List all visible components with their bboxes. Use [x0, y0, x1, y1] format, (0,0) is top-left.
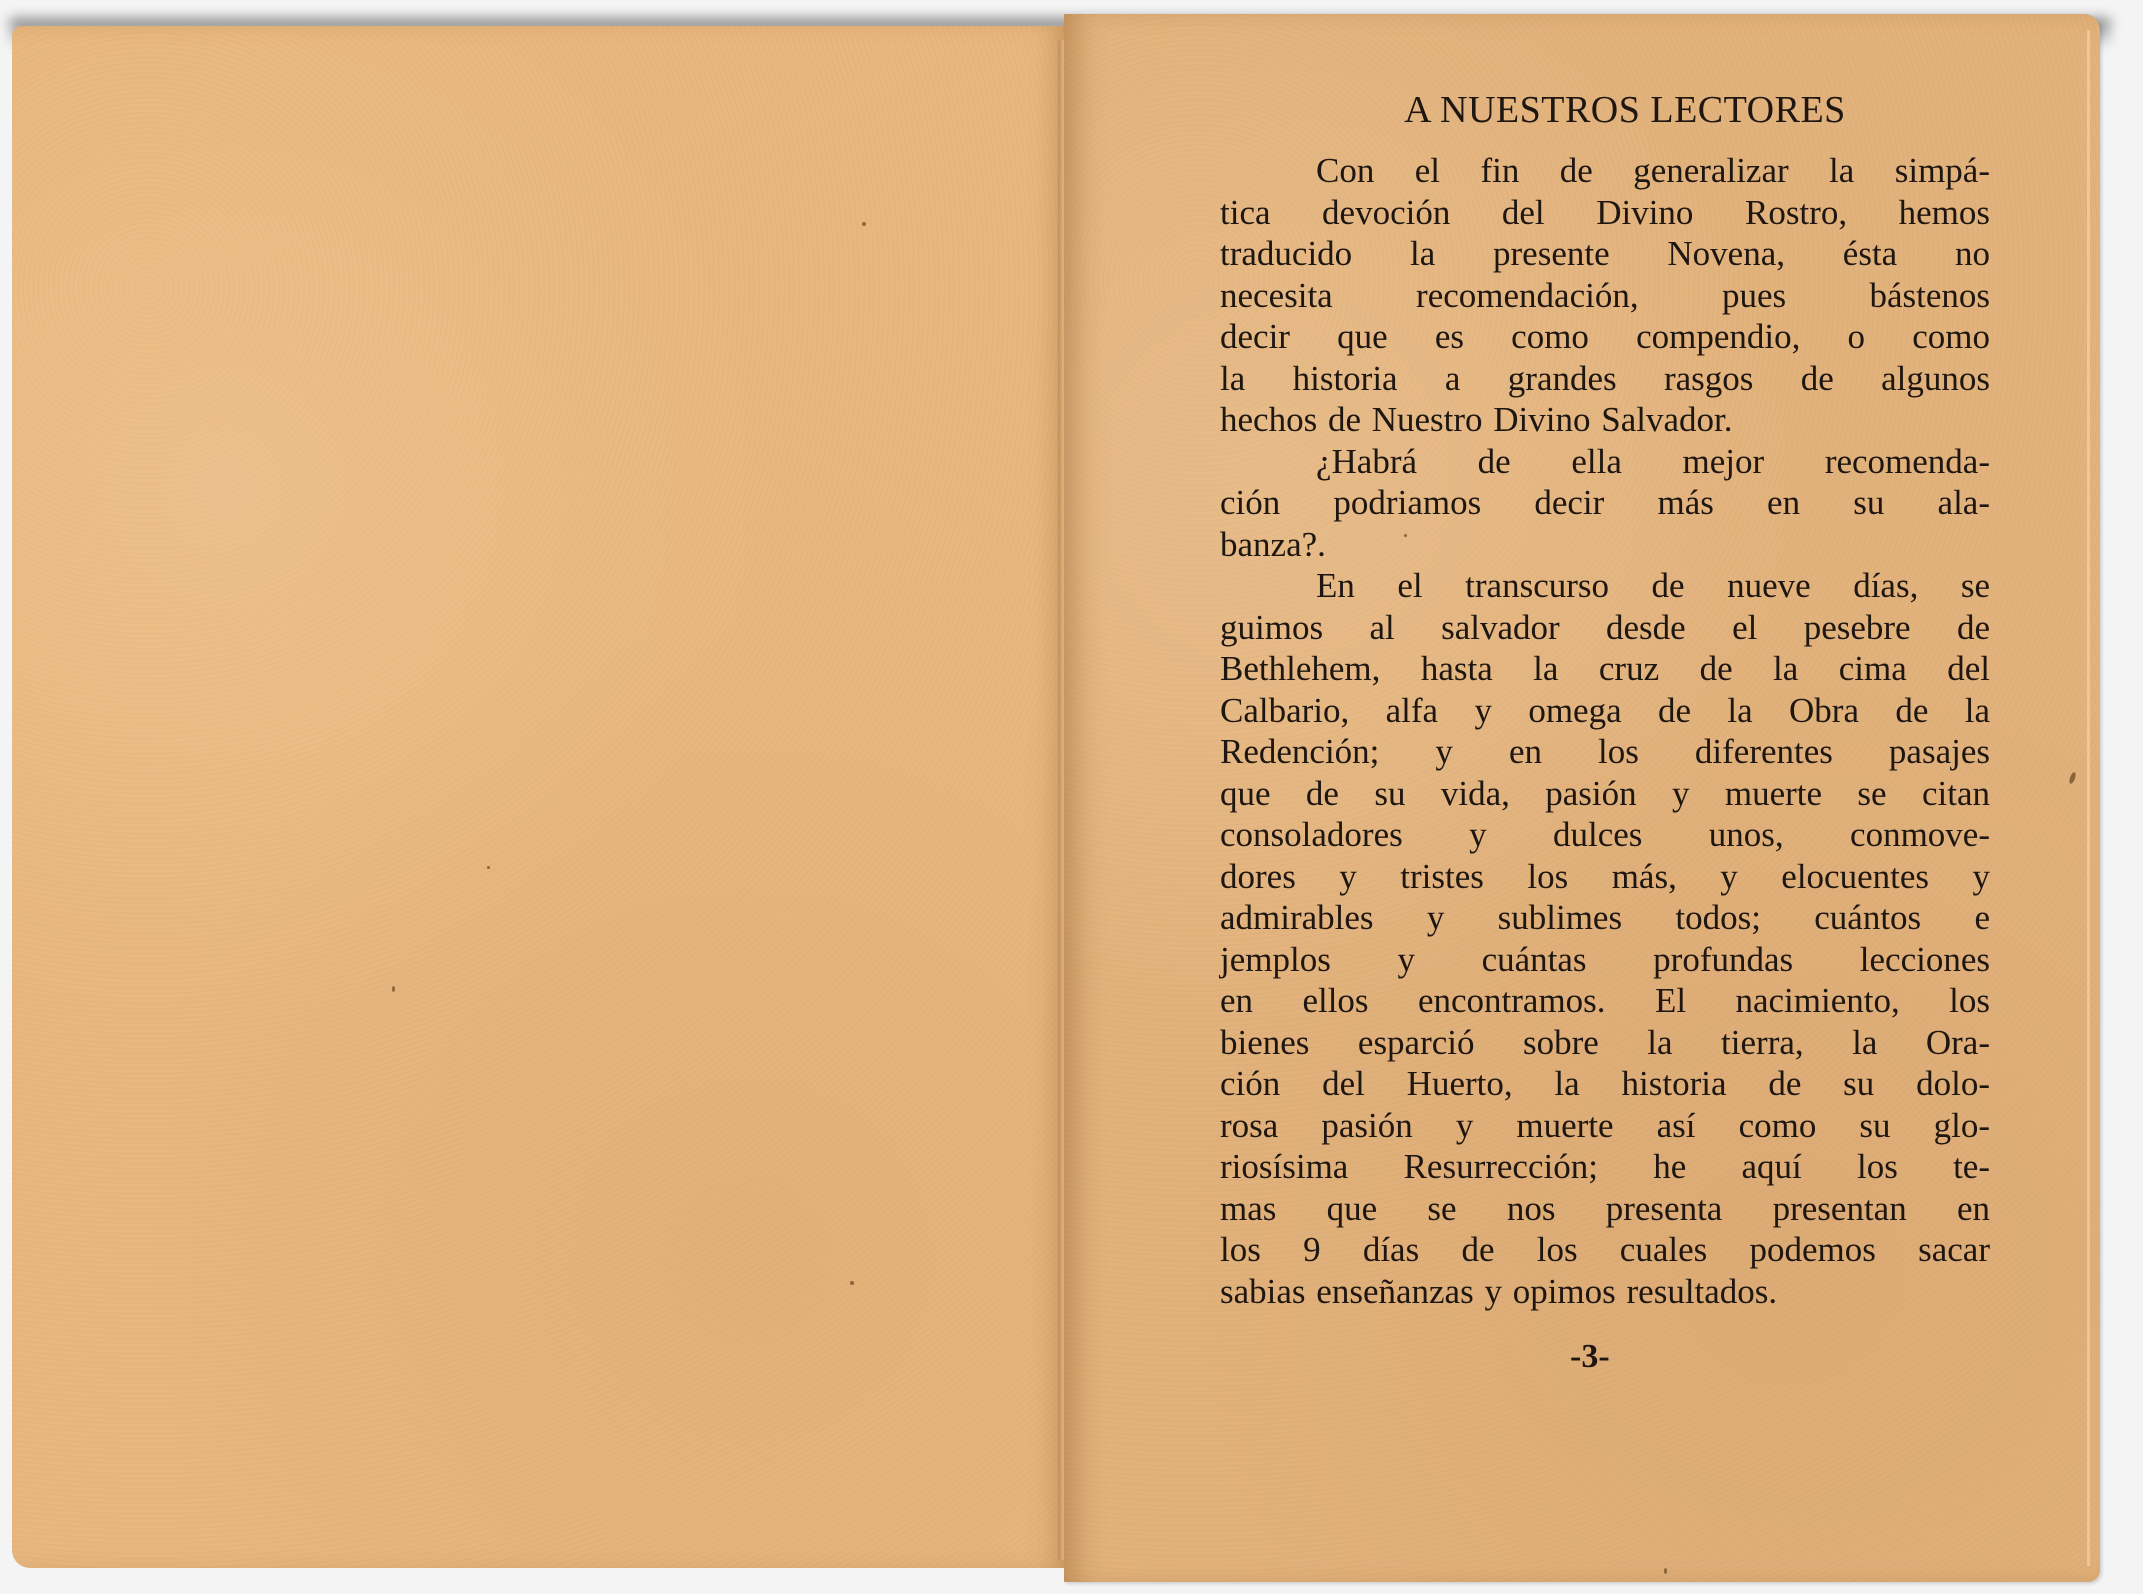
right-page-text: A NUESTROS LECTORES Con el fin de genera…	[1220, 88, 1990, 1312]
paper-speck	[850, 1281, 854, 1285]
text-line: riosísima Resurrección; he aquí los te-	[1220, 1146, 1990, 1188]
text-line: la historia a grandes rasgos de algunos	[1220, 358, 1990, 400]
text-line: Bethlehem, hasta la cruz de la cima del	[1220, 648, 1990, 690]
text-line: bienes esparció sobre la tierra, la Ora-	[1220, 1022, 1990, 1064]
text-line: consoladores y dulces unos, conmove-	[1220, 814, 1990, 856]
text-line: admirables y sublimes todos; cuántos e	[1220, 897, 1990, 939]
text-line: Redención; y en los diferentes pasajes	[1220, 731, 1990, 773]
paper-speck	[2068, 772, 2077, 785]
text-line: los 9 días de los cuales podemos sacar	[1220, 1229, 1990, 1271]
paper-speck	[1664, 1568, 1667, 1574]
paper-speck	[392, 986, 395, 992]
text-line: mas que se nos presenta presentan en	[1220, 1188, 1990, 1230]
text-line: Con el fin de generalizar la simpá-	[1220, 150, 1990, 192]
text-line: guimos al salvador desde el pesebre de	[1220, 607, 1990, 649]
text-line: ción podriamos decir más en su ala-	[1220, 482, 1990, 524]
paper-speck	[487, 866, 490, 869]
text-line: necesita recomendación, pues bástenos	[1220, 275, 1990, 317]
page-number: -3-	[1570, 1338, 1610, 1376]
text-line: hechos de Nuestro Divino Salvador.	[1220, 399, 1990, 441]
text-line: tica devoción del Divino Rostro, hemos	[1220, 192, 1990, 234]
text-line: En el transcurso de nueve días, se	[1220, 565, 1990, 607]
body-text: Con el fin de generalizar la simpá-tica …	[1220, 150, 1990, 1312]
text-line: rosa pasión y muerte así como su glo-	[1220, 1105, 1990, 1147]
text-line: sabias enseñanzas y opimos resultados.	[1220, 1271, 1990, 1313]
text-line: jemplos y cuántas profundas lecciones	[1220, 939, 1990, 981]
paper-speck	[862, 222, 866, 226]
text-line: traducido la presente Novena, ésta no	[1220, 233, 1990, 275]
text-line: en ellos encontramos. El nacimiento, los	[1220, 980, 1990, 1022]
text-line: decir que es como compendio, o como	[1220, 316, 1990, 358]
text-line: ción del Huerto, la historia de su dolo-	[1220, 1063, 1990, 1105]
text-line: banza?.	[1220, 524, 1990, 566]
left-page-blank	[12, 26, 1064, 1568]
text-line: Calbario, alfa y omega de la Obra de la	[1220, 690, 1990, 732]
text-line: ¿Habrá de ella mejor recomenda-	[1220, 441, 1990, 483]
text-line: que de su vida, pasión y muerte se citan	[1220, 773, 1990, 815]
text-line: dores y tristes los más, y elocuentes y	[1220, 856, 1990, 898]
page-heading: A NUESTROS LECTORES	[1260, 88, 1990, 132]
